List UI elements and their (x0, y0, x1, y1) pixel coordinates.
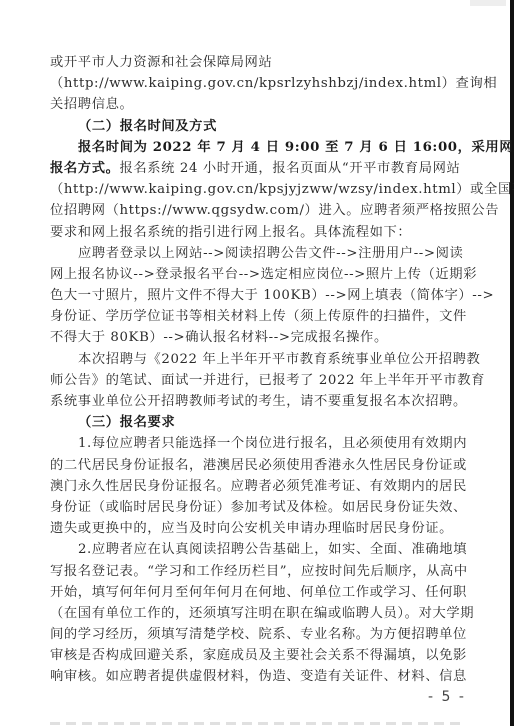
text-line: 色大一寸照片，照片文件不得大于 100KB）-->网上填表（简体字）--> (50, 285, 464, 306)
scan-edge-shadow (470, 0, 506, 6)
page-number: - 5 - (428, 689, 466, 705)
text-line: 不得大于 80KB）-->确认报名材料-->完成报名操作。 (50, 327, 464, 348)
text-line: 网上报名协议-->登录报名平台-->选定相应岗位-->照片上传（近期彩 (50, 264, 464, 285)
document-page: 或开平市人力资源和社会保障局网站 （http://www.kaiping.gov… (50, 52, 464, 688)
text-line: 身份证（或临时居民身份证）参加考试及体检。如居民身份证失效、 (50, 497, 464, 518)
page-edge-border (510, 0, 514, 726)
text-line: 澳门永久性居民身份证报名。应聘者必须凭准考证、有效期内的居民 (50, 476, 464, 497)
text-line: 系统事业单位公开招聘教师考试的考生，请不要重复报名本次招聘。 (50, 391, 464, 412)
text-line: 写报名登记表。“学习和工作经历栏目”，应按时间先后顺序，从高中 (50, 561, 464, 582)
section-heading-requirements: （三）报名要求 (50, 412, 464, 433)
text-line: 本次招聘与《2022 年上半年开平市教育系统事业单位公开招聘教 (50, 349, 464, 370)
text-line: 要求和网上报名系统的指引进行网上报名。具体流程如下： (50, 222, 464, 243)
text-line: 应聘者登录以上网站-->阅读招聘公告文件-->注册用户-->阅读 (50, 243, 464, 264)
section-heading-registration-time: （二）报名时间及方式 (50, 116, 464, 137)
text-line: 1.每位应聘者只能选择一个岗位进行报名，且必须使用有效期内 (50, 433, 464, 454)
text-line: （http://www.kaiping.gov.cn/kpsrlzyhshbzj… (50, 73, 464, 94)
text-line: 响审核。如应聘者提供虚假材料，伪造、变造有关证件、材料、信息 (50, 666, 464, 687)
text-line: 审核是否构成回避关系，家庭成员及主要社会关系不得漏填，以免影 (50, 645, 464, 666)
text-line: 遗失或更换中的，应当及时向公安机关申请办理临时居民身份证。 (50, 518, 464, 539)
text-line: （在国有单位工作的，还须填写注明在职在编或临聘人员）。对大学期 (50, 603, 464, 624)
text-line: 位招聘网（https://www.qgsydw.com/）进入。应聘者须严格按照… (50, 200, 464, 221)
bold-fragment: 报名方式。 (50, 161, 119, 176)
text-line: 的二代居民身份证报名，港澳居民必须使用香港永久性居民身份证或 (50, 455, 464, 476)
text-fragment: 报名系统 24 小时开通，报名页面从“开平市教育局网站 (119, 161, 460, 176)
text-line: 2.应聘者应在认真阅读招聘公告基础上，如实、全面、准确地填 (50, 539, 464, 560)
next-page-bleed (50, 722, 460, 725)
text-line: 开始，填写何年何月至何年何月在何地、何单位工作或学习、任何职 (50, 582, 464, 603)
text-line: （http://www.kaiping.gov.cn/kpsjyjzww/wzs… (50, 179, 464, 200)
text-line: 关招聘信息。 (50, 94, 464, 115)
text-line: 师公告》的笔试、面试一并进行，已报考了 2022 年上半年开平市教育 (50, 370, 464, 391)
text-line: 或开平市人力资源和社会保障局网站 (50, 52, 464, 73)
text-line: 间的学习经历，须填写清楚学校、院系、专业名称。为方便招聘单位 (50, 624, 464, 645)
text-line: 身份证、学历学位证书等相关材料上传（须上传原件的扫描件，文件 (50, 306, 464, 327)
text-line-bold: 报名时间为 2022 年 7 月 4 日 9:00 至 7 月 6 日 16:0… (50, 137, 464, 158)
text-line: 报名方式。报名系统 24 小时开通，报名页面从“开平市教育局网站 (50, 158, 464, 179)
